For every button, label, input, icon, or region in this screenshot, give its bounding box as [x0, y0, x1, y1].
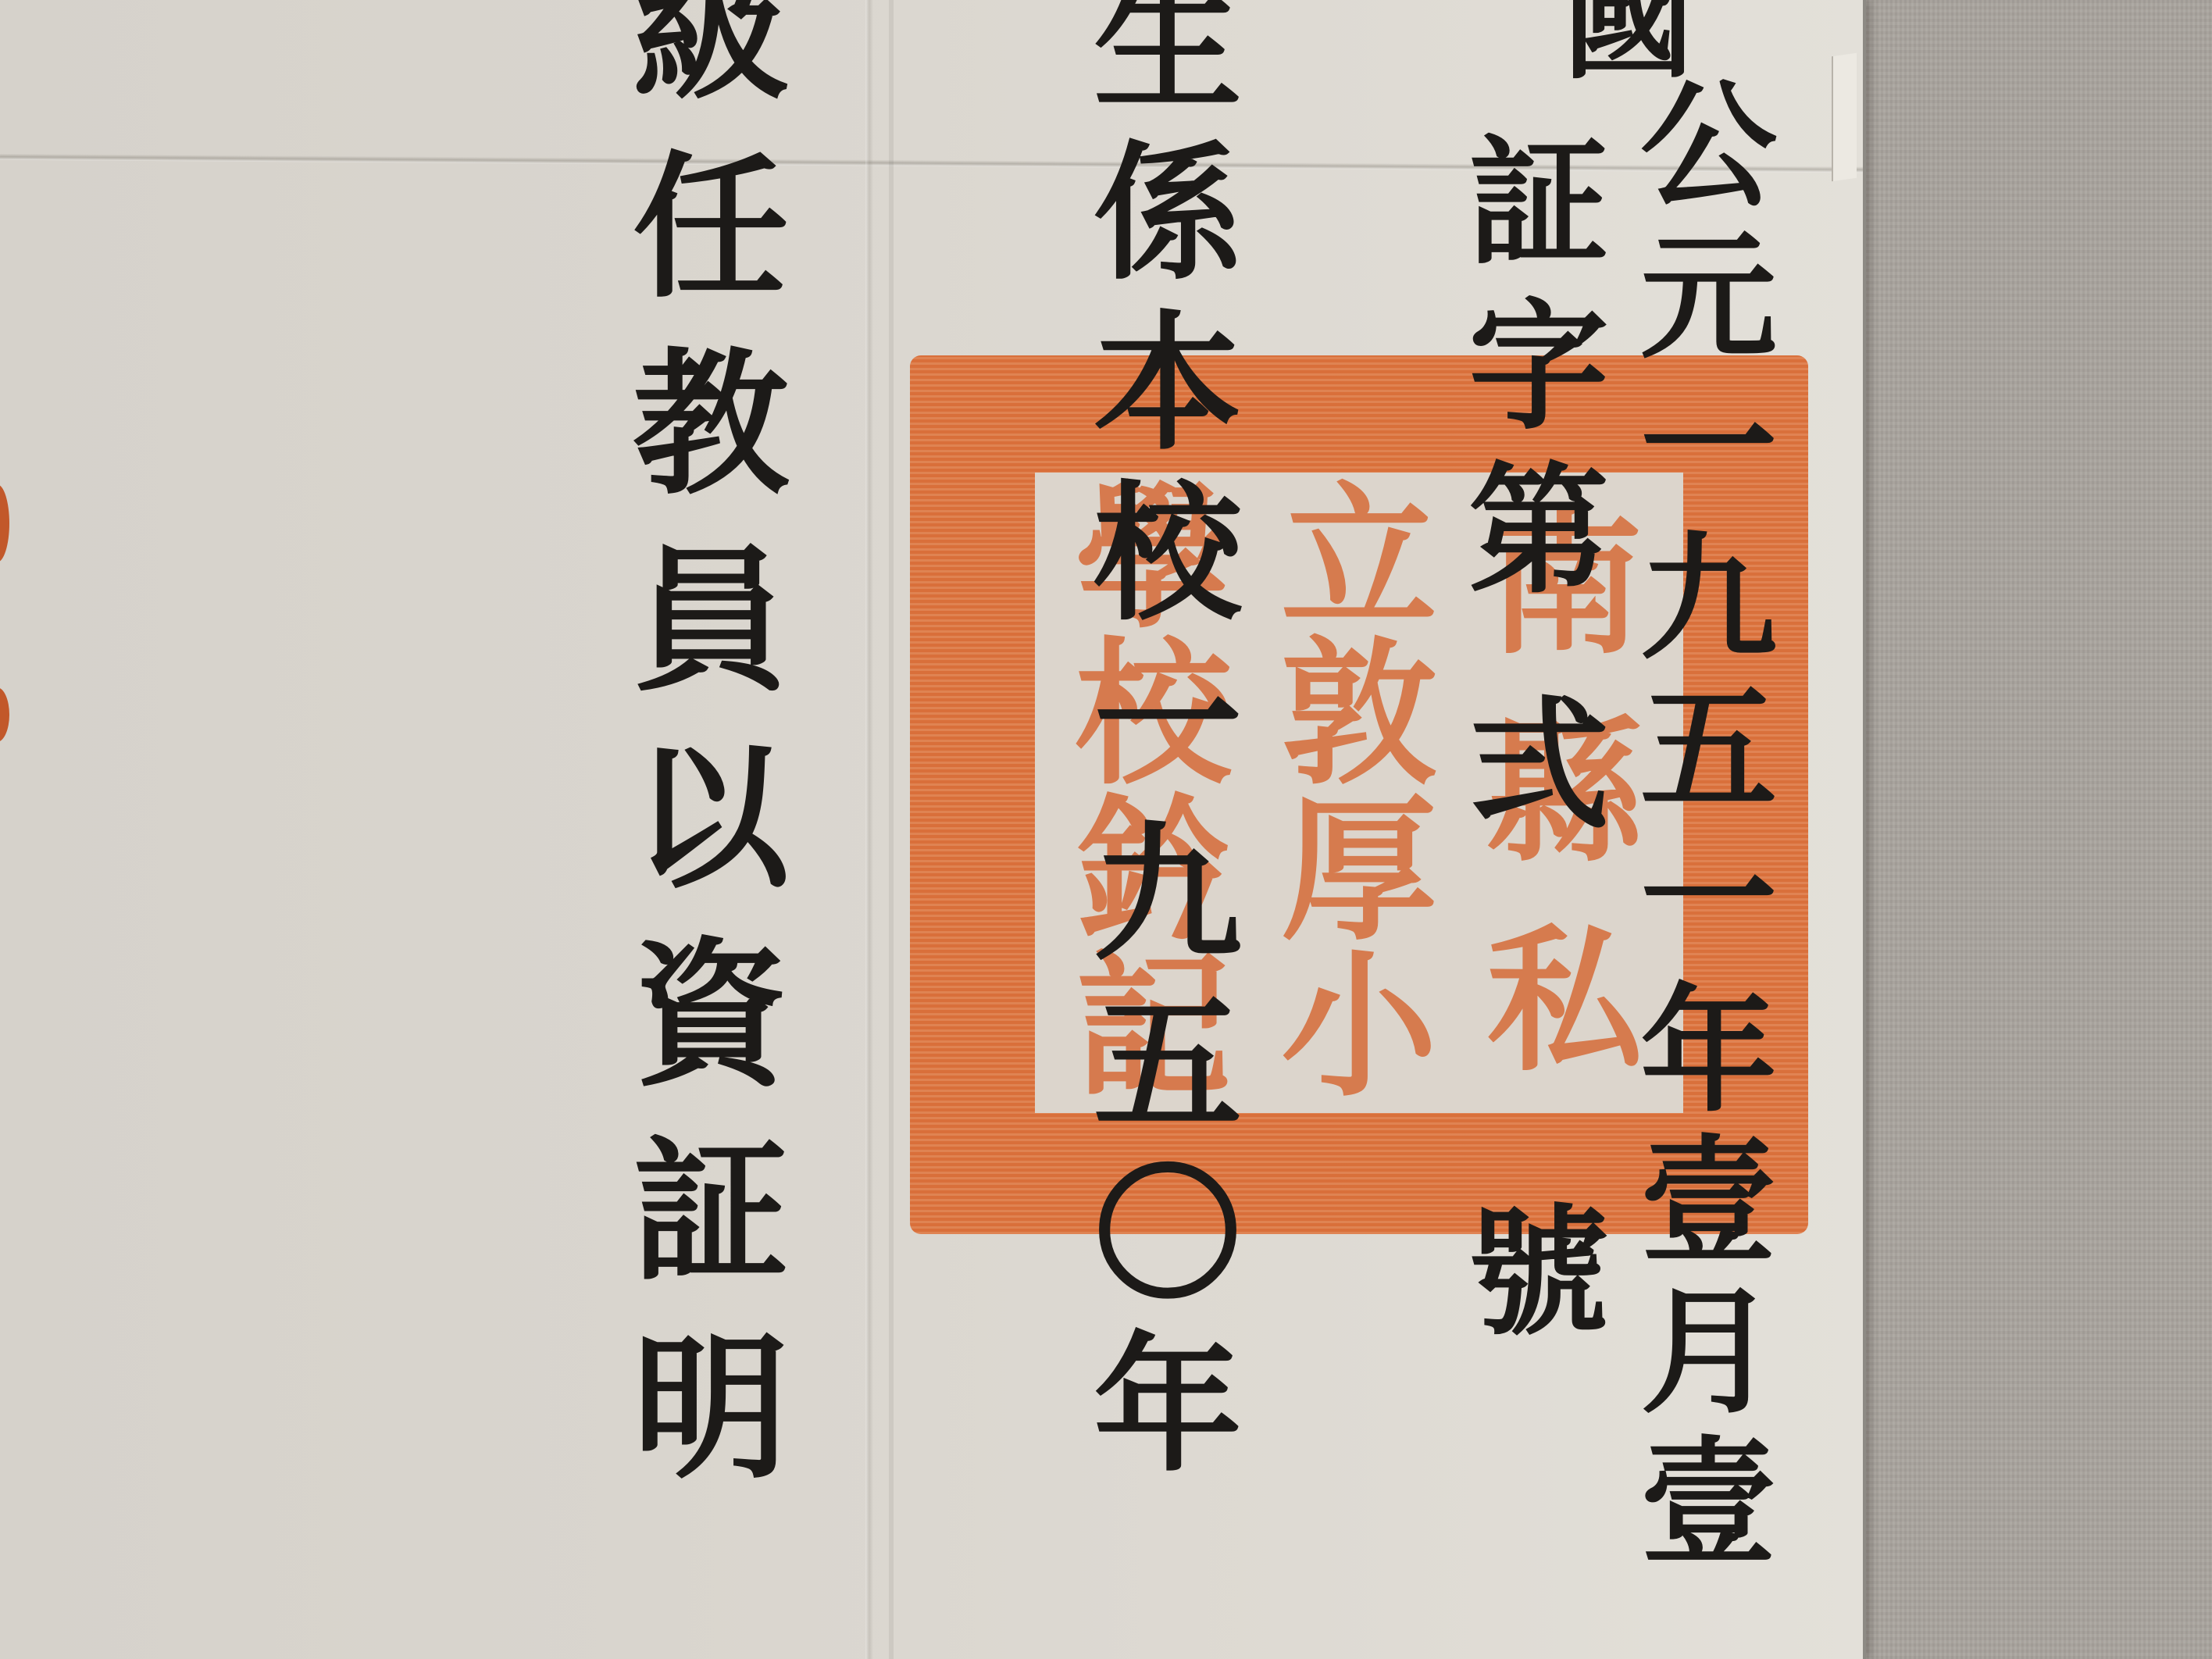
calligraphy-char: 係	[1094, 139, 1242, 287]
calligraphy-char: 年	[1640, 983, 1777, 1119]
seal-column-2: 立 敦 厚 小	[1281, 480, 1437, 1105]
calligraphy-char: 弍	[1468, 695, 1609, 836]
calligraphy-char: 校	[1094, 480, 1242, 628]
calligraphy-char: 年	[1094, 1331, 1242, 1479]
calligraphy-char: 五	[1094, 990, 1242, 1139]
calligraphy-char: 壹	[1640, 1435, 1777, 1572]
vertical-fold-crease	[865, 0, 873, 1659]
seal-char: 小	[1281, 949, 1437, 1105]
calligraphy-char: 生	[1094, 0, 1242, 117]
calligraphy-char: 員	[633, 544, 789, 700]
calligraphy-char: 一	[1640, 380, 1777, 516]
calligraphy-char: 一	[1094, 650, 1242, 798]
torn-paper-corner	[1832, 53, 1857, 181]
date-column: 公 元 一 九 五 一 年 壹 月 壹	[1640, 78, 1777, 1572]
calligraphy-char: 証	[1468, 133, 1609, 273]
seal-char: 立	[1281, 480, 1437, 637]
calligraphy-char: 月	[1640, 1284, 1777, 1421]
calligraphy-char: 資	[633, 937, 789, 1094]
calligraphy-char: 教	[633, 347, 789, 503]
calligraphy-char: 公	[1640, 78, 1777, 215]
calligraphy-char: 以	[633, 740, 789, 897]
calligraphy-char: 九	[1094, 820, 1242, 969]
calligraphy-char: 壹	[1640, 1133, 1777, 1270]
partial-seal-mark-left-edge-lower	[0, 687, 9, 742]
calligraphy-char: 明	[633, 1331, 789, 1487]
partial-seal-mark-left-edge	[0, 484, 9, 562]
calligraphy-char: 第	[1468, 461, 1609, 601]
calligraphy-char: 〇	[1094, 1161, 1242, 1309]
seal-char: 敦	[1281, 637, 1437, 793]
body-text-column-1: 生 係 本 校 一 九 五 〇 年	[1094, 0, 1242, 1479]
calligraphy-char: 一	[1640, 832, 1777, 969]
calligraphy-char: 級	[633, 0, 789, 109]
body-text-column-2: 級 任 教 員 以 資 証 明	[633, 0, 789, 1487]
calligraphy-char: 五	[1640, 681, 1777, 818]
calligraphy-char: 任	[633, 150, 789, 306]
calligraphy-char: 証	[633, 1134, 789, 1290]
calligraphy-char: 號	[1468, 1203, 1609, 1343]
seal-char: 厚	[1281, 793, 1437, 949]
certificate-number-column: 証 字 第 弍 號	[1468, 133, 1609, 1343]
backdrop-surface	[1853, 0, 2212, 1659]
vertical-fold-shadow	[889, 0, 894, 1659]
calligraphy-char: 九	[1640, 530, 1777, 667]
calligraphy-char: 元	[1640, 229, 1777, 366]
calligraphy-char: 本	[1094, 309, 1242, 458]
calligraphy-char: 字	[1468, 297, 1609, 437]
